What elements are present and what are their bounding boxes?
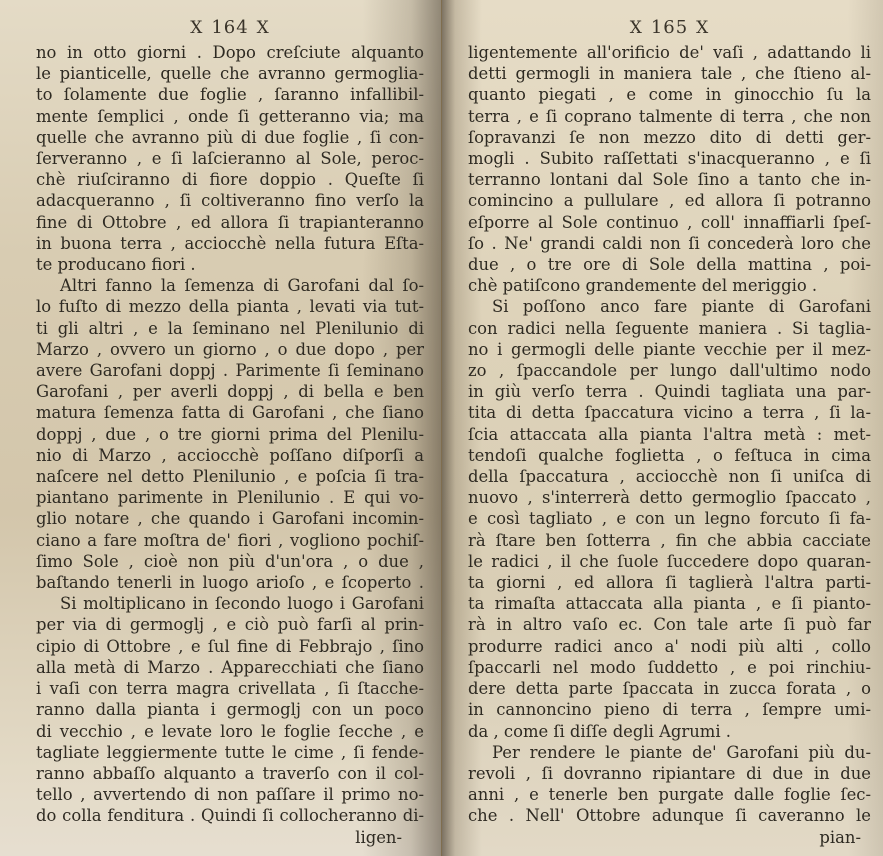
text-line: glio notare , che quando i Garofani inco… <box>36 508 424 529</box>
left-page-text: no in otto giorni . Dopo creſciute alqua… <box>36 42 424 848</box>
paragraph-start: Per rendere le piante de' Garofani più d… <box>468 742 871 763</box>
text-line: fine di Ottobre , ed allora ſi trapiante… <box>36 212 424 233</box>
text-line: da , come ſi diſſe degli Agrumi . <box>468 721 871 742</box>
text-line: tagliate leggiermente tutte le cime , ſi… <box>36 742 424 763</box>
right-page-header: X165X <box>468 14 871 42</box>
right-page: X165X ligentemente all'orificio de' vaſi… <box>442 0 883 856</box>
text-line: ta rimaſta attaccata alla pianta , e ſi … <box>468 593 871 614</box>
left-page-header: X164X <box>36 14 424 42</box>
text-line: adacqueranno , ſi coltiveranno fino verſ… <box>36 190 424 211</box>
catchword: pian- <box>468 827 871 848</box>
text-line: revoli , ſi dovranno ripiantare di due i… <box>468 763 871 784</box>
text-line: le pianticelle, quelle che avranno germo… <box>36 63 424 84</box>
text-line: avere Garofani doppj . Parimente ſi ſemi… <box>36 360 424 381</box>
text-line: to ſolamente due foglie , ſaranno infall… <box>36 84 424 105</box>
text-line: Garofani , per averli doppj , di bella e… <box>36 381 424 402</box>
text-line: ligentemente all'orificio de' vaſi , ada… <box>468 42 871 63</box>
text-line: zo , ſpaccandole per lungo dall'ultimo n… <box>468 360 871 381</box>
page-number: 165 <box>651 17 688 38</box>
text-line: terranno lontani dal Sole ſino a tanto c… <box>468 169 871 190</box>
text-line: anni , e tenerle ben purgate dalle fogli… <box>468 784 871 805</box>
text-line: ta giorni , ed allora ſi taglierà l'altr… <box>468 572 871 593</box>
text-line: no in otto giorni . Dopo creſciute alqua… <box>36 42 424 63</box>
text-line: comincino a pullulare , ed allora ſi pot… <box>468 190 871 211</box>
text-line: rà in altro vaſo ec. Con tale arte ſi pu… <box>468 614 871 635</box>
text-line: chè patiſcono grandemente del meriggio . <box>468 275 871 296</box>
text-line: nuovo , s'interrerà detto germoglio ſpac… <box>468 487 871 508</box>
text-line: ſimo Sole , cioè non più d'un'ora , o du… <box>36 551 424 572</box>
text-line: rà ſtare ben ſotterra , fin che abbia ca… <box>468 530 871 551</box>
text-line: ſerveranno , e ſi laſcieranno al Sole, p… <box>36 148 424 169</box>
text-line: piantano parimente in Plenilunio . E qui… <box>36 487 424 508</box>
paragraph-start: Altri fanno la ſemenza di Garofani dal ſ… <box>36 275 424 296</box>
text-line: do colla fenditura . Quindi ſi collocher… <box>36 805 424 826</box>
text-line: no i germogli delle piante vecchie per i… <box>468 339 871 360</box>
text-line: naſcere nel detto Plenilunio , e poſcia … <box>36 466 424 487</box>
text-line: lo fuſto di mezzo della pianta , levati … <box>36 296 424 317</box>
text-line: di vecchio , e levate loro le foglie ſec… <box>36 721 424 742</box>
text-line: ſo . Ne' grandi caldi non ſi concederà l… <box>468 233 871 254</box>
text-line: dere detta parte ſpaccata in zucca forat… <box>468 678 871 699</box>
text-line: alla metà di Marzo . Apparecchiati che ſ… <box>36 657 424 678</box>
ornament-mark-left: X <box>630 18 643 38</box>
page-number: 164 <box>211 17 248 38</box>
text-line: ranno dalla pianta i germoglj con un poc… <box>36 699 424 720</box>
text-line: tita di detta ſpaccatura vicino a terra … <box>468 402 871 423</box>
text-line: ti gli altri , e la ſeminano nel Plenilu… <box>36 318 424 339</box>
ornament-mark-right: X <box>696 18 709 38</box>
text-line: mogli . Subito raſſettati s'inacqueranno… <box>468 148 871 169</box>
text-line: le radici , il che ſuole ſuccedere dopo … <box>468 551 871 572</box>
text-line: ſcia attaccata alla pianta l'altra metà … <box>468 424 871 445</box>
text-line: due , o tre ore di Sole della mattina , … <box>468 254 871 275</box>
text-line: con radici nella ſeguente maniera . Si t… <box>468 318 871 339</box>
text-line: detti germogli in maniera tale , che ſti… <box>468 63 871 84</box>
book-spread: X164X no in otto giorni . Dopo creſciute… <box>0 0 883 856</box>
text-line: tendoſi qualche foglietta , o feſtuca in… <box>468 445 871 466</box>
text-line: in buona terra , acciocchè nella futura … <box>36 233 424 254</box>
text-line: quanto piegati , e come in ginocchio ſu … <box>468 84 871 105</box>
catchword: ligen- <box>36 827 424 848</box>
paragraph-start: Si poſſono anco fare piante di Garofani <box>468 296 871 317</box>
right-page-text: ligentemente all'orificio de' vaſi , ada… <box>468 42 871 848</box>
text-line: in cannoncino pieno di terra , ſempre um… <box>468 699 871 720</box>
text-line: terra , e ſi coprano talmente di terra ,… <box>468 106 871 127</box>
text-line: in giù verſo terra . Quindi tagliata una… <box>468 381 871 402</box>
text-line: nio di Marzo , acciocchè poſſano diſporſ… <box>36 445 424 466</box>
text-line: quelle che avranno più di due foglie , ſ… <box>36 127 424 148</box>
text-line: ſpaccarli nel modo ſuddetto , e poi rinc… <box>468 657 871 678</box>
text-line: eſporre al Sole continuo , coll' innaffi… <box>468 212 871 233</box>
text-line: doppj , due , o tre giorni prima del Ple… <box>36 424 424 445</box>
text-line: te producano fiori . <box>36 254 424 275</box>
text-line: produrre radici anco a' nodi più alti , … <box>468 636 871 657</box>
text-line: ſopravanzi ſe non mezzo dito di detti ge… <box>468 127 871 148</box>
text-line: che . Nell' Ottobre adunque ſi caveranno… <box>468 805 871 826</box>
text-line: tello , avvertendo di non paſſare il pri… <box>36 784 424 805</box>
paragraph-start: Si moltiplicano in ſecondo luogo i Garof… <box>36 593 424 614</box>
left-page: X164X no in otto giorni . Dopo creſciute… <box>0 0 442 856</box>
text-line: della ſpaccatura , acciocchè non ſi uniſ… <box>468 466 871 487</box>
text-line: baſtando tenerli in luogo arioſo , e ſco… <box>36 572 424 593</box>
text-line: cipio di Ottobre , e ſul fine di Febbraj… <box>36 636 424 657</box>
text-line: e così tagliato , e con un legno forcuto… <box>468 508 871 529</box>
text-line: i vaſi con terra magra crivellata , ſi ſ… <box>36 678 424 699</box>
text-line: chè riuſciranno di fiore doppio . Queſte… <box>36 169 424 190</box>
text-line: Marzo , ovvero un giorno , o due dopo , … <box>36 339 424 360</box>
text-line: mente ſemplici , onde ſi getteranno via;… <box>36 106 424 127</box>
text-line: ciano a fare moſtra de' fiori , vogliono… <box>36 530 424 551</box>
text-line: ranno abbaſſo alquanto a traverſo con il… <box>36 763 424 784</box>
text-line: matura ſemenza fatta di Garofani , che ſ… <box>36 402 424 423</box>
text-line: per via di germoglj , e ciò può farſi al… <box>36 614 424 635</box>
ornament-mark-right: X <box>257 18 270 38</box>
ornament-mark-left: X <box>190 18 203 38</box>
